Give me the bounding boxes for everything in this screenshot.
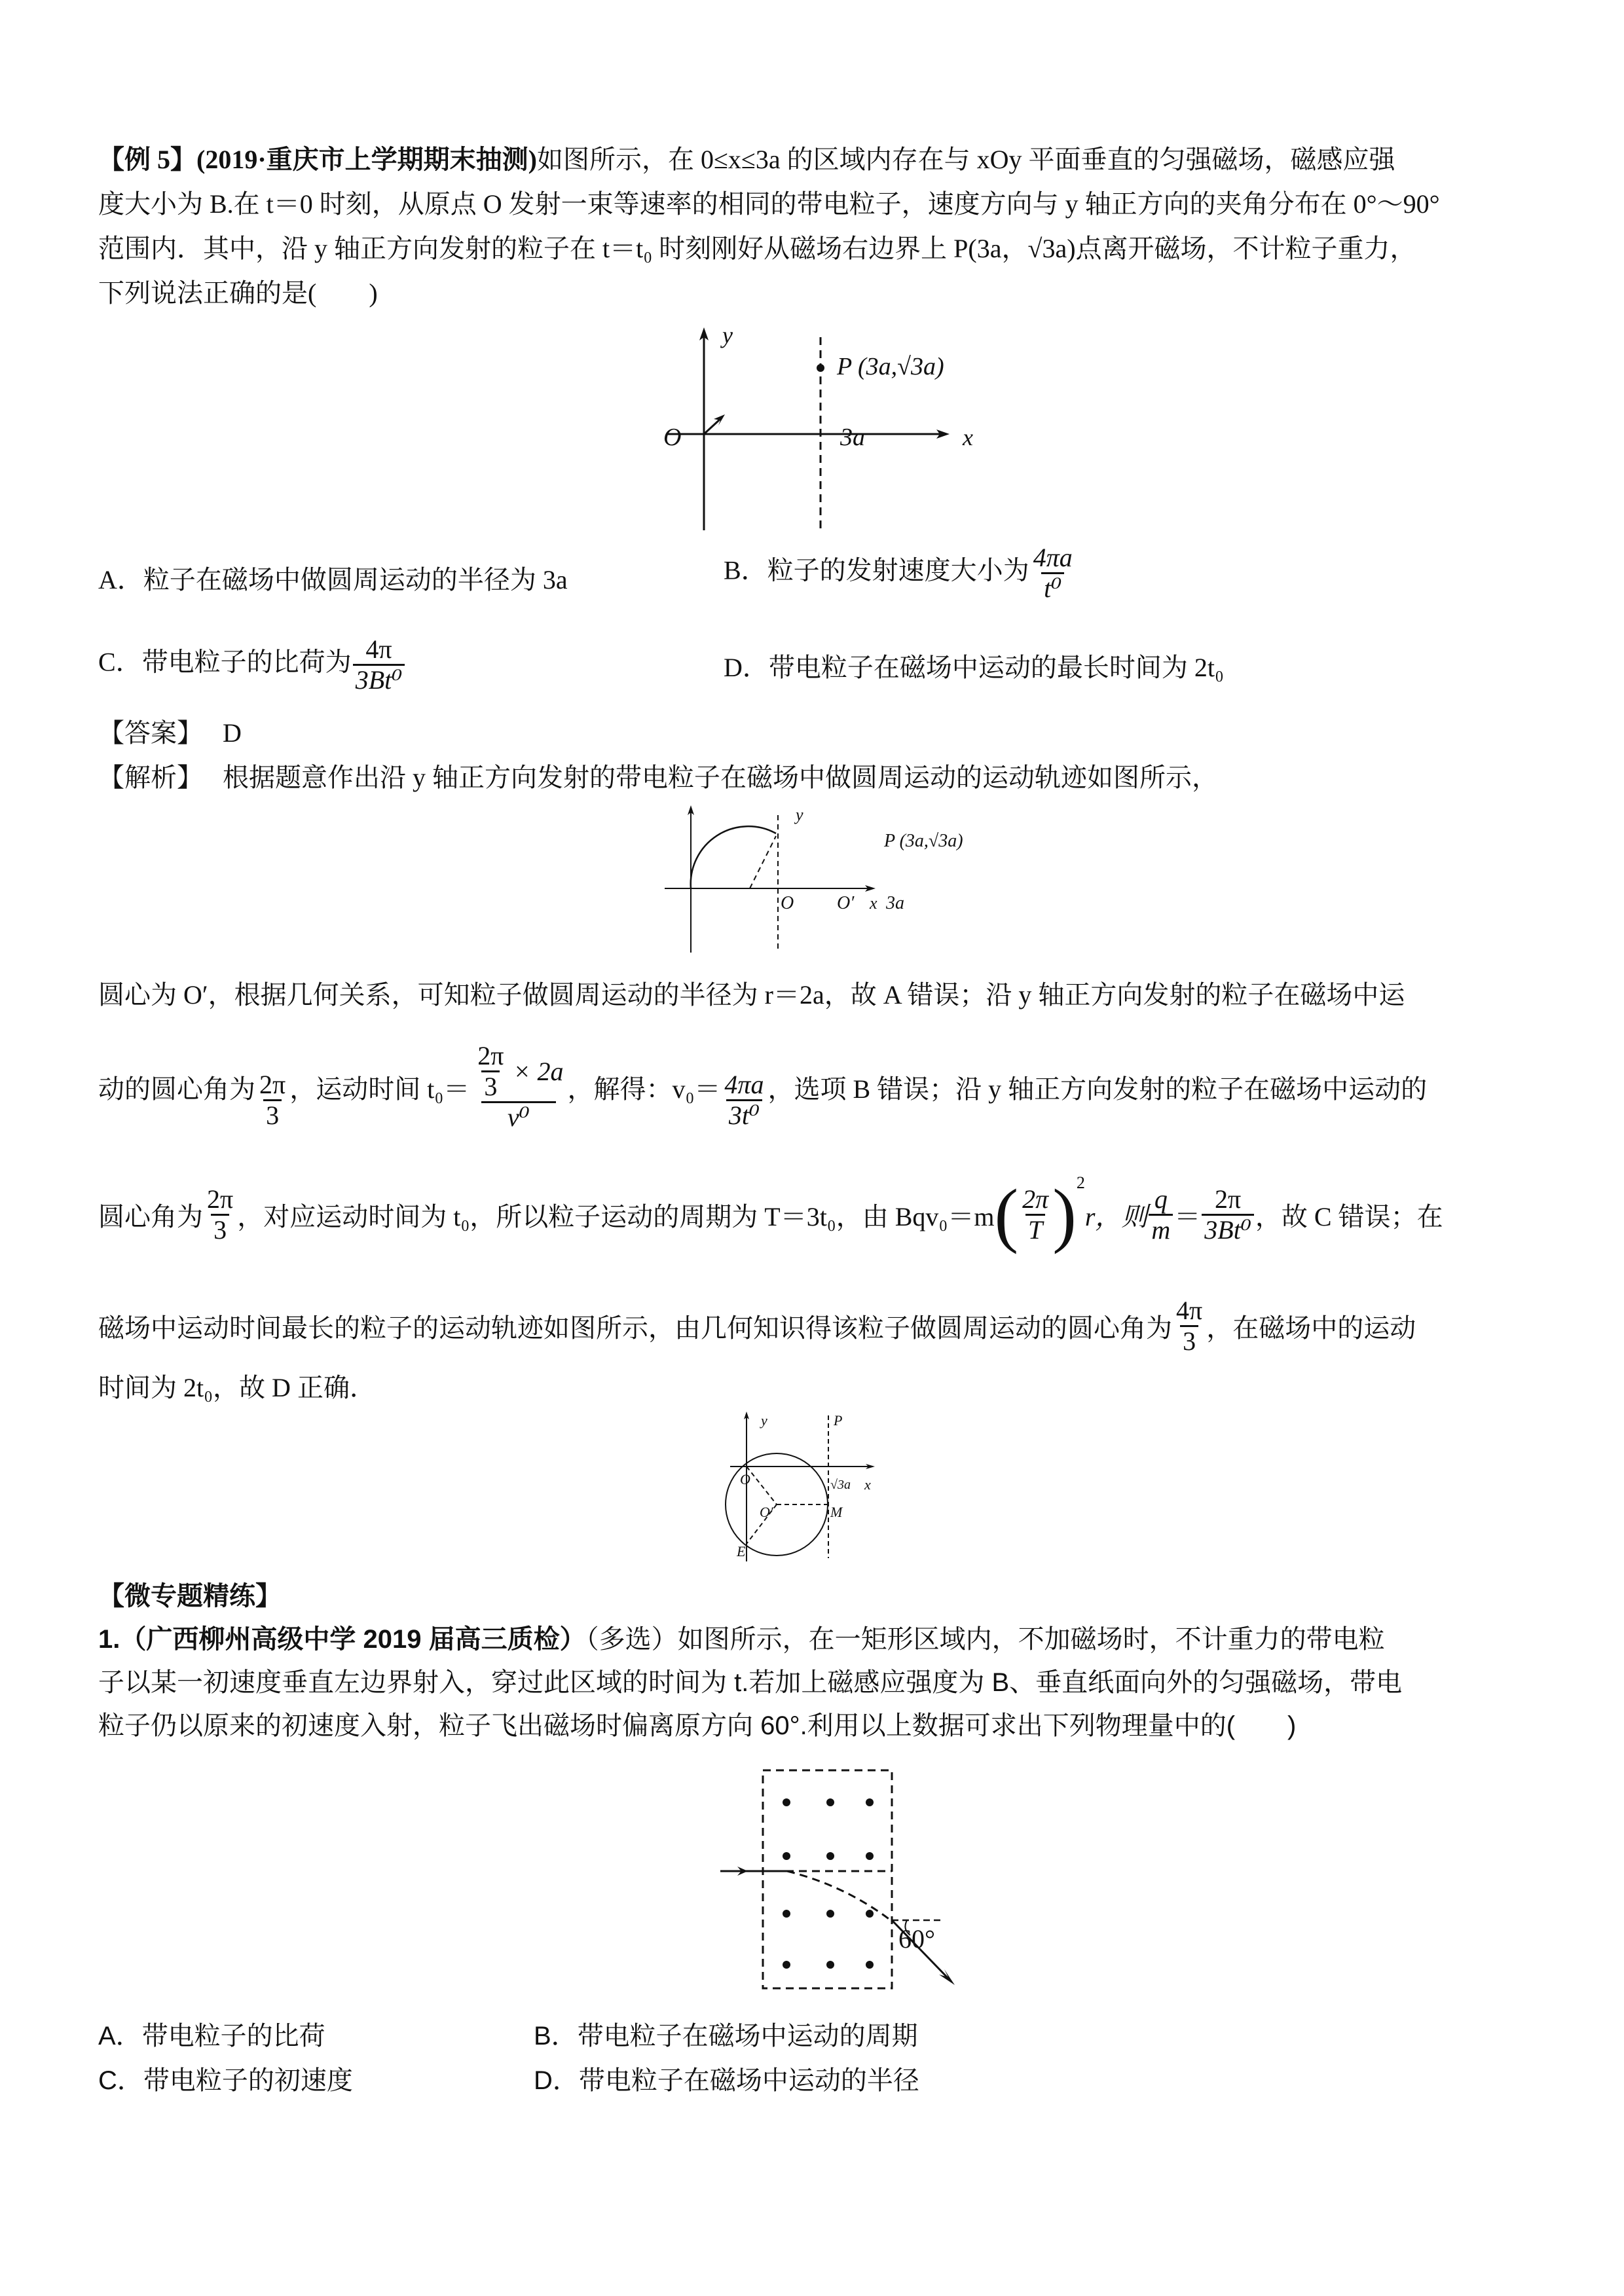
option-c: C．带电粒子的比荷为4π3Bt⁰ [98,635,406,695]
q1-option-c: C．带电粒子的初速度 [98,2061,353,2100]
practice-q1-line-2: 子以某一初速度垂直左边界射入，穿过此区域的时间为 t.若加上磁感应强度为 B、垂… [98,1663,1402,1702]
example-stem-text-1: 如图所示，在 0≤x≤3a 的区域内存在与 xOy 平面垂直的匀强磁场，磁感应强 [537,145,1395,174]
q1-angle-label: 60° [898,1920,935,1959]
option-b-text: 粒子的发射速度大小为 [767,556,1029,585]
answer-value: D [223,718,242,748]
fig1-origin-label: O [663,418,681,457]
fig3-center-label: O′ [760,1493,773,1532]
fig3-m-label: M [830,1493,842,1532]
practice-q1-line-1: 1.（广西柳州高级中学 2019 届高三质检）（多选）如图所示，在一矩形区域内，… [98,1620,1385,1659]
q1-option-a: A．带电粒子的比荷 [98,2016,325,2056]
q1-option-b: B．带电粒子在磁场中运动的周期 [534,2016,918,2056]
option-a: A．粒子在磁场中做圆周运动的半径为 3a [98,560,568,600]
example-tag: 【例 5】 [98,145,196,174]
option-d-key: D． [724,653,769,682]
analysis-line-4: 磁场中运动时间最长的粒子的运动轨迹如图所示，由几何知识得该粒子做圆周运动的圆心角… [98,1283,1416,1368]
option-a-text: 粒子在磁场中做圆周运动的半径为 3a [143,565,568,594]
q1-type: （多选） [586,1625,678,1654]
fig2-x-label: x [870,884,877,923]
fig3-top-label: P [834,1401,842,1440]
fig3-origin-label: O [740,1460,750,1499]
option-a-key: A． [98,565,143,594]
analysis-line-intro: 【解析】 根据题意作出沿 y 轴正方向发射的带电粒子在磁场中做圆周运动的运动轨迹… [98,758,1218,797]
answer-label: 【答案】 [98,718,203,748]
q1-option-d: D．带电粒子在磁场中运动的半径 [534,2061,919,2100]
analysis-intro: 根据题意作出沿 y 轴正方向发射的带电粒子在磁场中做圆周运动的运动轨迹如图所示， [223,763,1218,792]
figure-rectangular-field [707,1761,1002,2003]
figure-trajectory-arc [658,802,920,953]
option-c-text: 带电粒子的比荷为 [142,647,352,677]
analysis-line-3: 圆心角为 2π3 ，对应运动时间为 t₀，所以粒子运动的周期为 T＝3t₀，由 … [98,1165,1443,1264]
practice-section-title: 【微专题精练】 [98,1576,282,1616]
analysis-line-1: 圆心为 O′，根据几何关系，可知粒子做圆周运动的半径为 r＝2a，故 A 错误；… [98,975,1405,1015]
analysis-line-5: 时间为 2t₀，故 D 正确． [98,1368,376,1408]
option-b-fraction: 4πat⁰ [1031,543,1075,603]
fig2-origin-label: O [781,884,794,923]
fraction-charge-ratio: 2π3Bt⁰ [1202,1185,1254,1245]
answer-line: 【答案】 D [98,714,242,753]
option-b-key: B． [724,556,767,585]
fig1-x-label: x [963,418,973,457]
fig3-y-label: y [761,1401,767,1440]
q1-source: （广西柳州高级中学 2019 届高三质检） [120,1625,585,1654]
fraction-2pi-3: 2π3 [257,1070,288,1130]
example-stem-line-3: 范围内．其中，沿 y 轴正方向发射的粒子在 t＝t₀ 时刻刚好从磁场右边界上 P… [98,229,1416,268]
fraction-2pi-T: 2πT [1020,1185,1051,1245]
analysis-label: 【解析】 [98,763,203,792]
example-stem-line-4: 下列说法正确的是( ) [98,274,378,313]
example-stem-line-2: 度大小为 B.在 t＝0 时刻，从原点 O 发射一束等速率的相同的带电粒子，速度… [98,185,1440,224]
analysis-line-2: 动的圆心角为 2π3 ，运动时间 t₀＝ 2π3 × 2a v⁰ ，解得：v₀＝… [98,1028,1427,1146]
option-d-text: 带电粒子在磁场中运动的最长时间为 2t₀ [769,653,1224,682]
option-c-key: C． [98,647,142,677]
fig3-e-label: E [737,1532,745,1571]
fig1-boundary-label: 3a [840,418,865,457]
fig3-x-label: x [864,1465,871,1504]
fraction-2pi-3b: 2π3 [204,1185,236,1245]
q1-number: 1. [98,1625,120,1654]
fraction-v0: 4πa3t⁰ [722,1070,766,1130]
option-c-fraction: 4π3Bt⁰ [353,635,405,695]
practice-q1-line-3: 粒子仍以原来的初速度入射，粒子飞出磁场时偏离原方向 60°.利用以上数据可求出下… [98,1706,1296,1745]
fig2-y-label: y [796,795,803,835]
example-stem-line-1: 【例 5】(2019·重庆市上学期期末抽测)如图所示，在 0≤x≤3a 的区域内… [98,140,1395,179]
fig2-boundary-label: 3a [886,884,904,923]
fig1-y-label: y [722,316,733,355]
option-b: B．粒子的发射速度大小为4πat⁰ [724,543,1077,603]
option-d: D．带电粒子在磁场中运动的最长时间为 2t₀ [724,648,1224,687]
fraction-4pi-3: 4π3 [1173,1296,1205,1356]
fraction-time: 2π3 × 2a v⁰ [471,1042,566,1132]
fraction-q-m: qm [1149,1185,1173,1245]
fig1-point-label: P (3a,√3a) [837,347,944,386]
example-source: (2019·重庆市上学期期末抽测) [196,145,537,174]
fig2-center-label: O′ [837,884,854,923]
fig2-point-label: P (3a,√3a) [884,822,963,861]
